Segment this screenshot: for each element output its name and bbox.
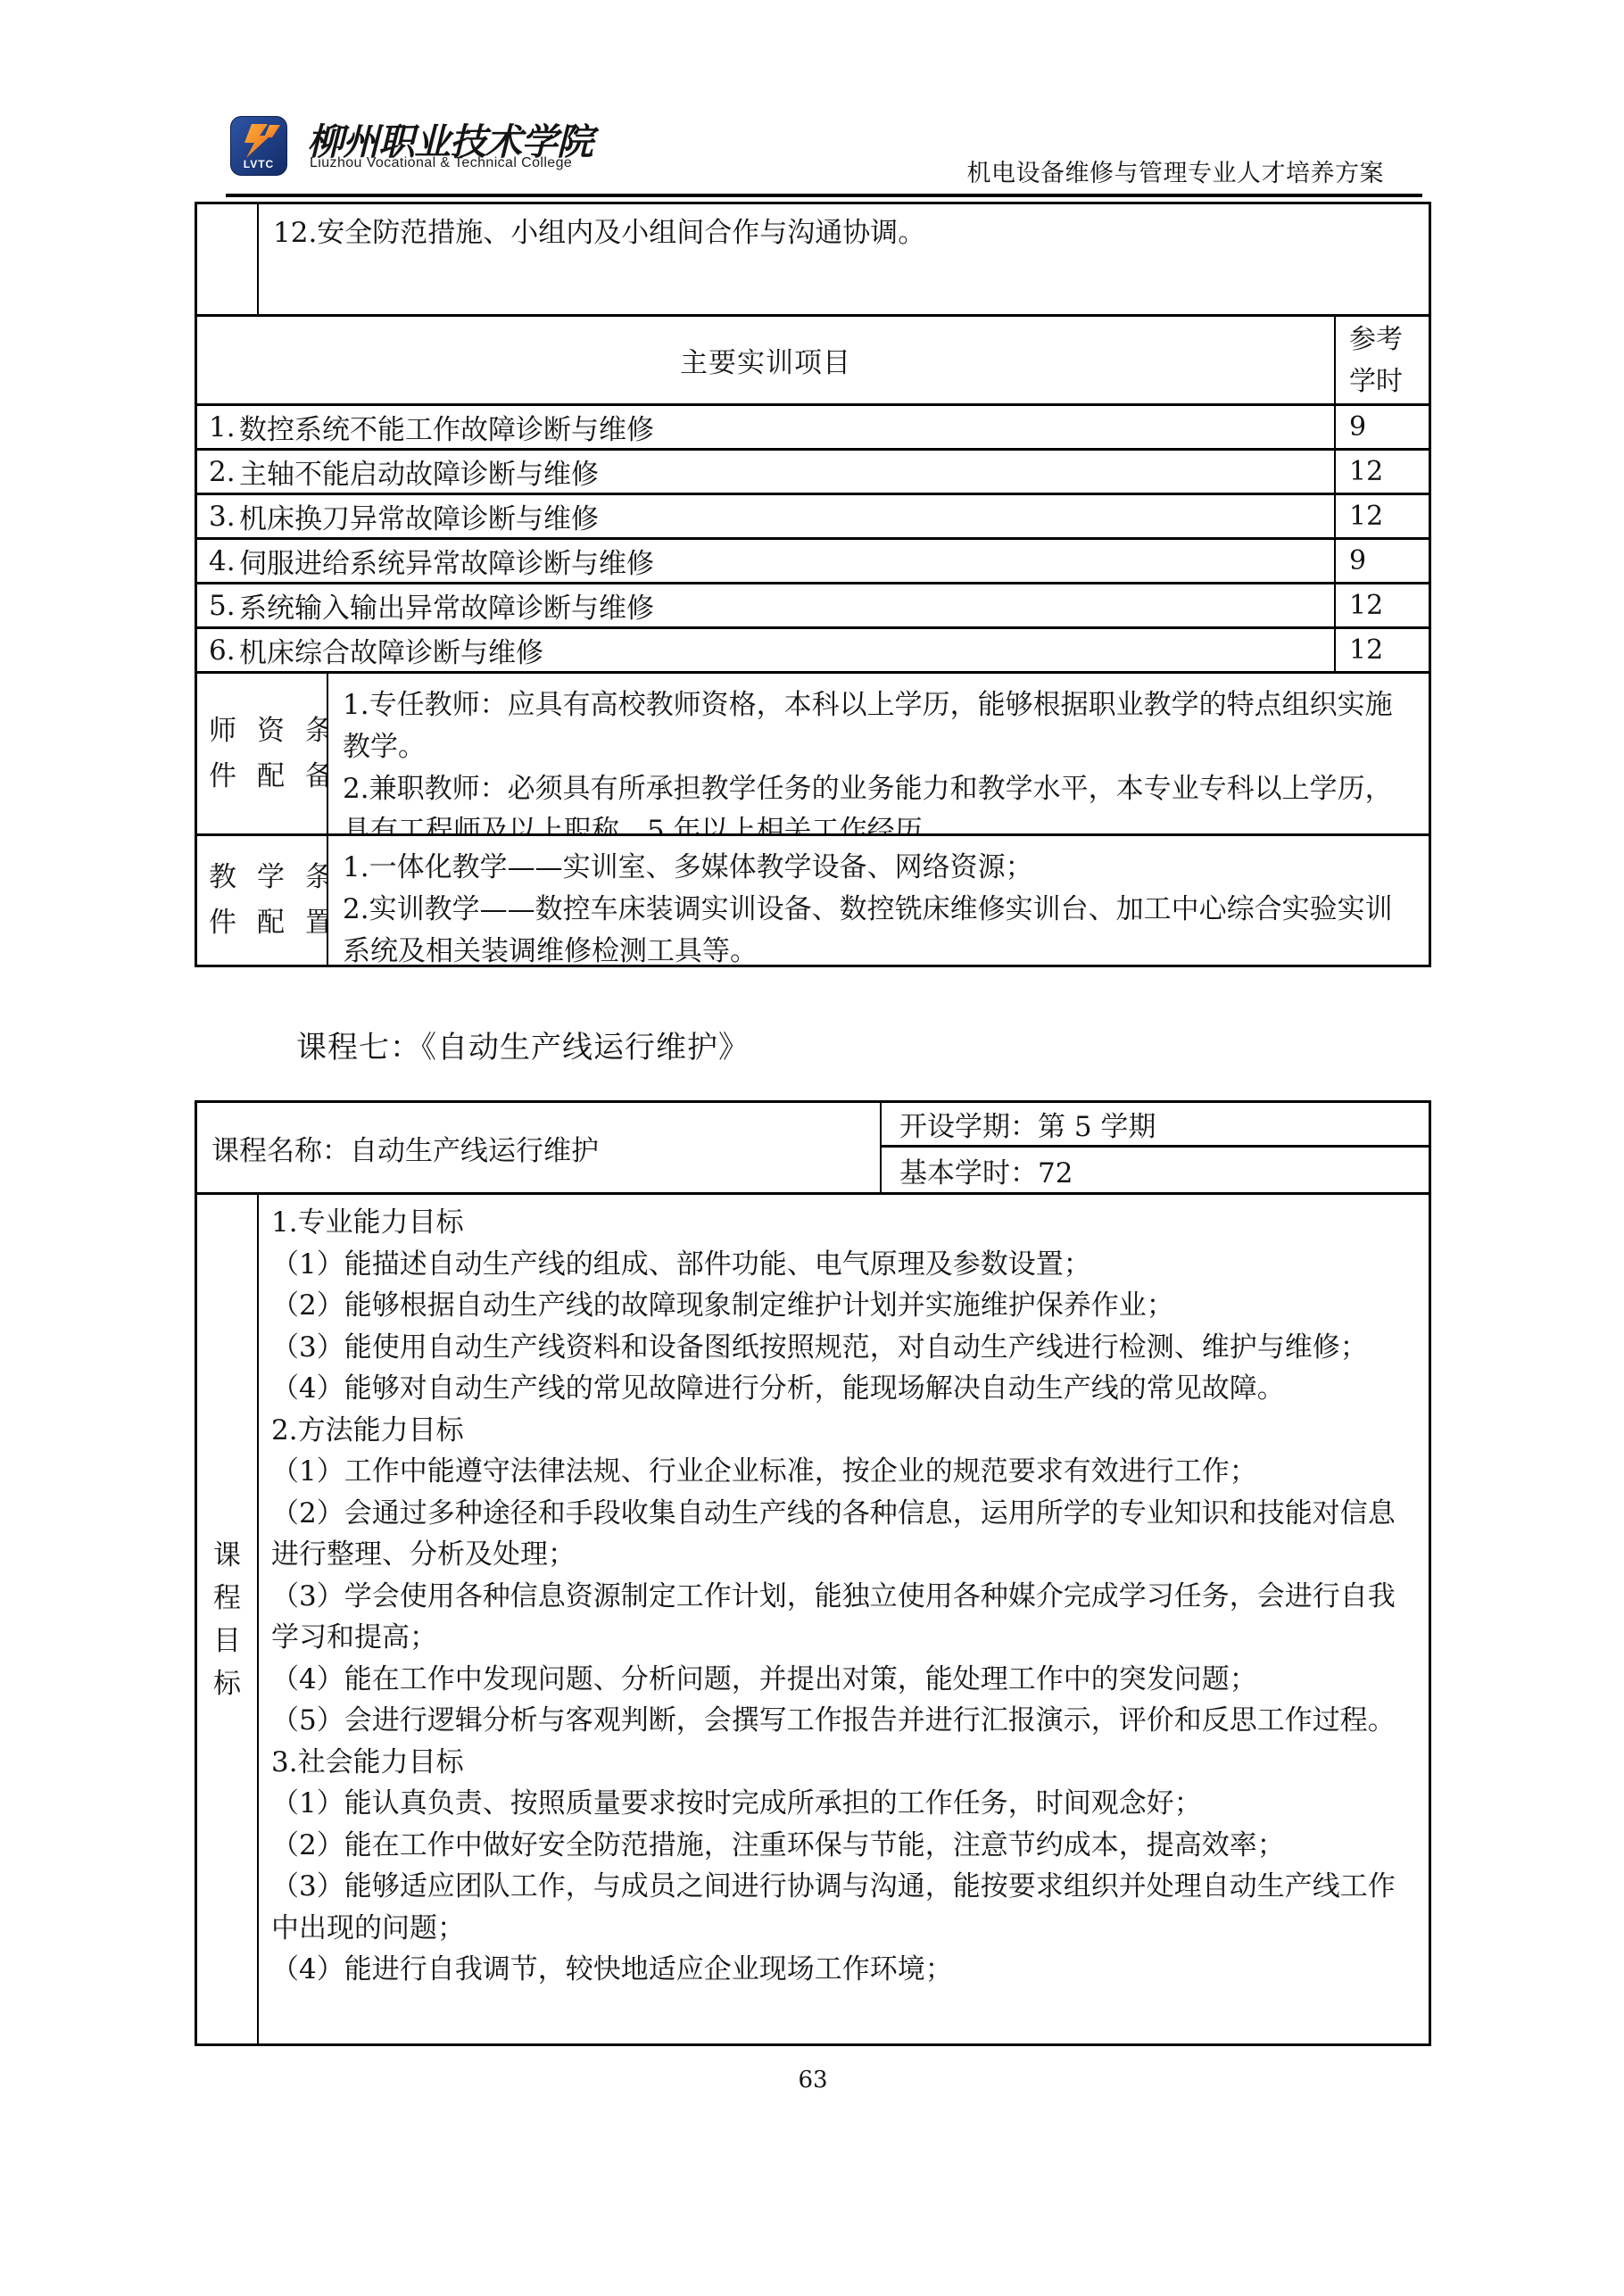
- header-rule: [226, 194, 1422, 197]
- project-hours: 12: [1334, 451, 1429, 493]
- page-number: 63: [195, 2067, 1431, 2093]
- table-row: 2.主轴不能启动故障诊断与维修 12: [197, 448, 1429, 493]
- carryover-stub-cell: [197, 204, 259, 314]
- teacher-conditions-label: 师资条 件配备: [197, 674, 328, 833]
- goal-line: （4）能够对自动生产线的常见故障进行分析，能现场解决自动生产线的常见故障。: [271, 1368, 1411, 1410]
- college-name-en: Liuzhou Vocational & Technical College: [310, 155, 572, 171]
- course-semester: 开设学期：第 5 学期: [882, 1103, 1429, 1148]
- table-row: 1.数控系统不能工作故障诊断与维修 9: [197, 403, 1429, 448]
- goal-line: 1.专业能力目标: [271, 1202, 1411, 1244]
- facility-conditions-label: 教学条 件配置: [197, 836, 328, 965]
- course-goals-row: 课 程 目 标 1.专业能力目标 （1）能描述自动生产线的组成、部件功能、电气原…: [197, 1192, 1429, 2043]
- projects-header-label: 主要实训项目: [197, 317, 1334, 403]
- project-number: 5.: [209, 590, 239, 622]
- goal-line: （5）会进行逻辑分析与客观判断，会撰写工作报告并进行汇报演示，评价和反思工作过程…: [271, 1700, 1411, 1742]
- teacher-conditions-text: 1.专任教师：应具有高校教师资格，本科以上学历，能够根据职业教学的特点组织实施教…: [328, 674, 1429, 833]
- projects-header-row: 主要实训项目 参考 学时: [197, 314, 1429, 403]
- project-text: 数控系统不能工作故障诊断与维修: [239, 407, 654, 447]
- document-title: 机电设备维修与管理专业人才培养方案: [967, 153, 1385, 188]
- training-projects-table: 12.安全防范措施、小组内及小组间合作与沟通协调。 主要实训项目 参考 学时 1…: [195, 202, 1431, 967]
- goal-line: 3.社会能力目标: [271, 1742, 1411, 1784]
- course-name: 课程名称：自动生产线运行维护: [197, 1103, 882, 1192]
- goal-line: （1）能认真负责、按照质量要求按时完成所承担的工作任务，时间观念好；: [271, 1783, 1411, 1825]
- carryover-row: 12.安全防范措施、小组内及小组间合作与沟通协调。: [197, 204, 1429, 314]
- goal-line: （3）能够适应团队工作，与成员之间进行协调与沟通，能按要求组织并处理自动生产线工…: [271, 1866, 1411, 1949]
- project-text: 机床换刀异常故障诊断与维修: [239, 496, 599, 536]
- project-hours: 9: [1334, 406, 1429, 448]
- facility-conditions-row: 教学条 件配置 1.一体化教学——实训室、多媒体教学设备、网络资源； 2.实训教…: [197, 833, 1429, 965]
- goal-line: 2.方法能力目标: [271, 1410, 1411, 1452]
- course-base-hours: 基本学时：72: [882, 1148, 1429, 1192]
- course-goals-label: 课 程 目 标: [197, 1195, 259, 2043]
- project-text: 系统输入输出异常故障诊断与维修: [239, 585, 654, 626]
- goal-line: （2）能够根据自动生产线的故障现象制定维护计划并实施维护保养作业；: [271, 1285, 1411, 1327]
- goal-line: （4）能在工作中发现问题、分析问题，并提出对策，能处理工作中的突发问题；: [271, 1659, 1411, 1701]
- project-text: 伺服进给系统异常故障诊断与维修: [239, 541, 654, 581]
- goal-line: （2）能在工作中做好安全防范措施，注重环保与节能，注意节约成本，提高效率；: [271, 1825, 1411, 1867]
- hours-header-line1: 参考: [1349, 319, 1429, 361]
- project-hours: 12: [1334, 629, 1429, 671]
- carryover-text: 12.安全防范措施、小组内及小组间合作与沟通协调。: [259, 204, 1429, 314]
- goal-line: （4）能进行自我调节，较快地适应企业现场工作环境；: [271, 1949, 1411, 1991]
- table-row: 4.伺服进给系统异常故障诊断与维修 9: [197, 537, 1429, 582]
- college-logo-icon: LVTC: [230, 116, 287, 176]
- project-number: 2.: [209, 456, 239, 488]
- project-text: 机床综合故障诊断与维修: [239, 630, 543, 670]
- hours-header-cell: 参考 学时: [1334, 317, 1429, 403]
- goal-line: （3）学会使用各种信息资源制定工作计划，能独立使用各种媒介完成学习任务，会进行自…: [271, 1576, 1411, 1659]
- goal-line: （1）工作中能遵守法律法规、行业企业标准，按企业的规范要求有效进行工作；: [271, 1451, 1411, 1493]
- project-hours: 9: [1334, 540, 1429, 582]
- project-hours: 12: [1334, 495, 1429, 537]
- course-goals-text: 1.专业能力目标 （1）能描述自动生产线的组成、部件功能、电气原理及参数设置； …: [259, 1195, 1429, 2043]
- project-text: 主轴不能启动故障诊断与维修: [239, 452, 599, 492]
- section-heading: 课程七：《自动生产线运行维护》: [296, 1023, 750, 1066]
- course-table: 课程名称：自动生产线运行维护 开设学期：第 5 学期 基本学时：72 课 程 目…: [195, 1100, 1431, 2046]
- goal-line: （1）能描述自动生产线的组成、部件功能、电气原理及参数设置；: [271, 1244, 1411, 1286]
- goal-line: （3）能使用自动生产线资料和设备图纸按照规范，对自动生产线进行检测、维护与维修；: [271, 1327, 1411, 1369]
- project-number: 6.: [209, 634, 239, 667]
- hours-header-line2: 学时: [1349, 361, 1429, 402]
- table-row: 6.机床综合故障诊断与维修 12: [197, 626, 1429, 671]
- project-number: 3.: [209, 501, 239, 533]
- goal-line: （2）会通过多种途径和手段收集自动生产线的各种信息，运用所学的专业知识和技能对信…: [271, 1493, 1411, 1576]
- table-row: 5.系统输入输出异常故障诊断与维修 12: [197, 582, 1429, 626]
- project-number: 4.: [209, 545, 239, 577]
- project-number: 1.: [209, 411, 239, 443]
- facility-conditions-text: 1.一体化教学——实训室、多媒体教学设备、网络资源； 2.实训教学——数控车床装…: [328, 836, 1429, 965]
- teacher-conditions-row: 师资条 件配备 1.专任教师：应具有高校教师资格，本科以上学历，能够根据职业教学…: [197, 671, 1429, 833]
- table-row: 3.机床换刀异常故障诊断与维修 12: [197, 493, 1429, 537]
- document-page: LVTC 柳州职业技术学院 Liuzhou Vocational & Techn…: [0, 0, 1624, 2296]
- project-hours: 12: [1334, 584, 1429, 626]
- course-meta-row: 课程名称：自动生产线运行维护 开设学期：第 5 学期 基本学时：72: [197, 1103, 1429, 1192]
- svg-text:LVTC: LVTC: [244, 158, 274, 170]
